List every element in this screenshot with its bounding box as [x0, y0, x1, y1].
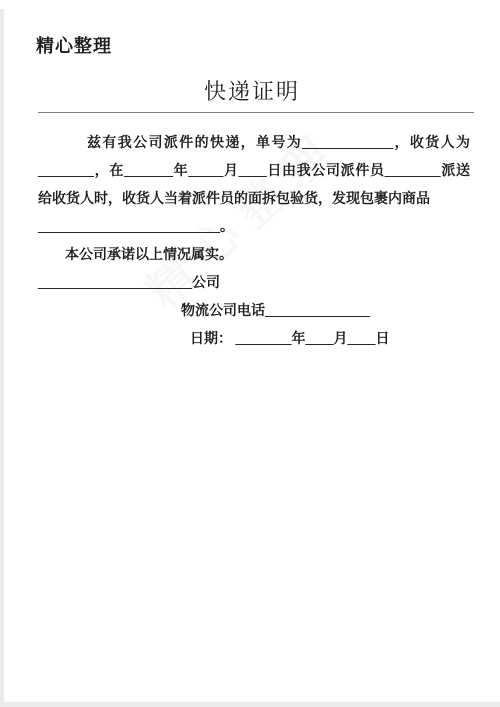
body-line-unpack-inspect: 给收货人时，收货人当着派件员的面拆包验货，发现包裹内商品	[38, 186, 470, 214]
page-title: 快递证明	[4, 79, 500, 105]
body-line-tracking-number: 兹有我公司派件的快递，单号为_____________，收货人为	[38, 130, 470, 158]
document-body: 兹有我公司派件的快递，单号为_____________，收货人为 _______…	[38, 130, 470, 354]
company-signature-line: ______________________公司	[38, 270, 470, 298]
logistics-phone-line: 物流公司电话_______________	[181, 298, 470, 326]
body-line-date-courier: ________，在_______年_____月____日由我公司派件员____…	[38, 158, 470, 186]
title-divider	[38, 112, 474, 113]
brand-header: 精心整理	[36, 36, 500, 57]
document-viewport: 精心整理 精心整理 快递证明 兹有我公司派件的快递，单号为___________…	[0, 0, 500, 707]
body-line-goods-blank: __________________________。	[38, 214, 470, 242]
body-line-promise: 本公司承诺以上情况属实。	[38, 242, 470, 270]
date-line: 日期： ________年____月____日	[190, 326, 470, 354]
document-page: 精心整理 精心整理 快递证明 兹有我公司派件的快递，单号为___________…	[4, 9, 500, 702]
